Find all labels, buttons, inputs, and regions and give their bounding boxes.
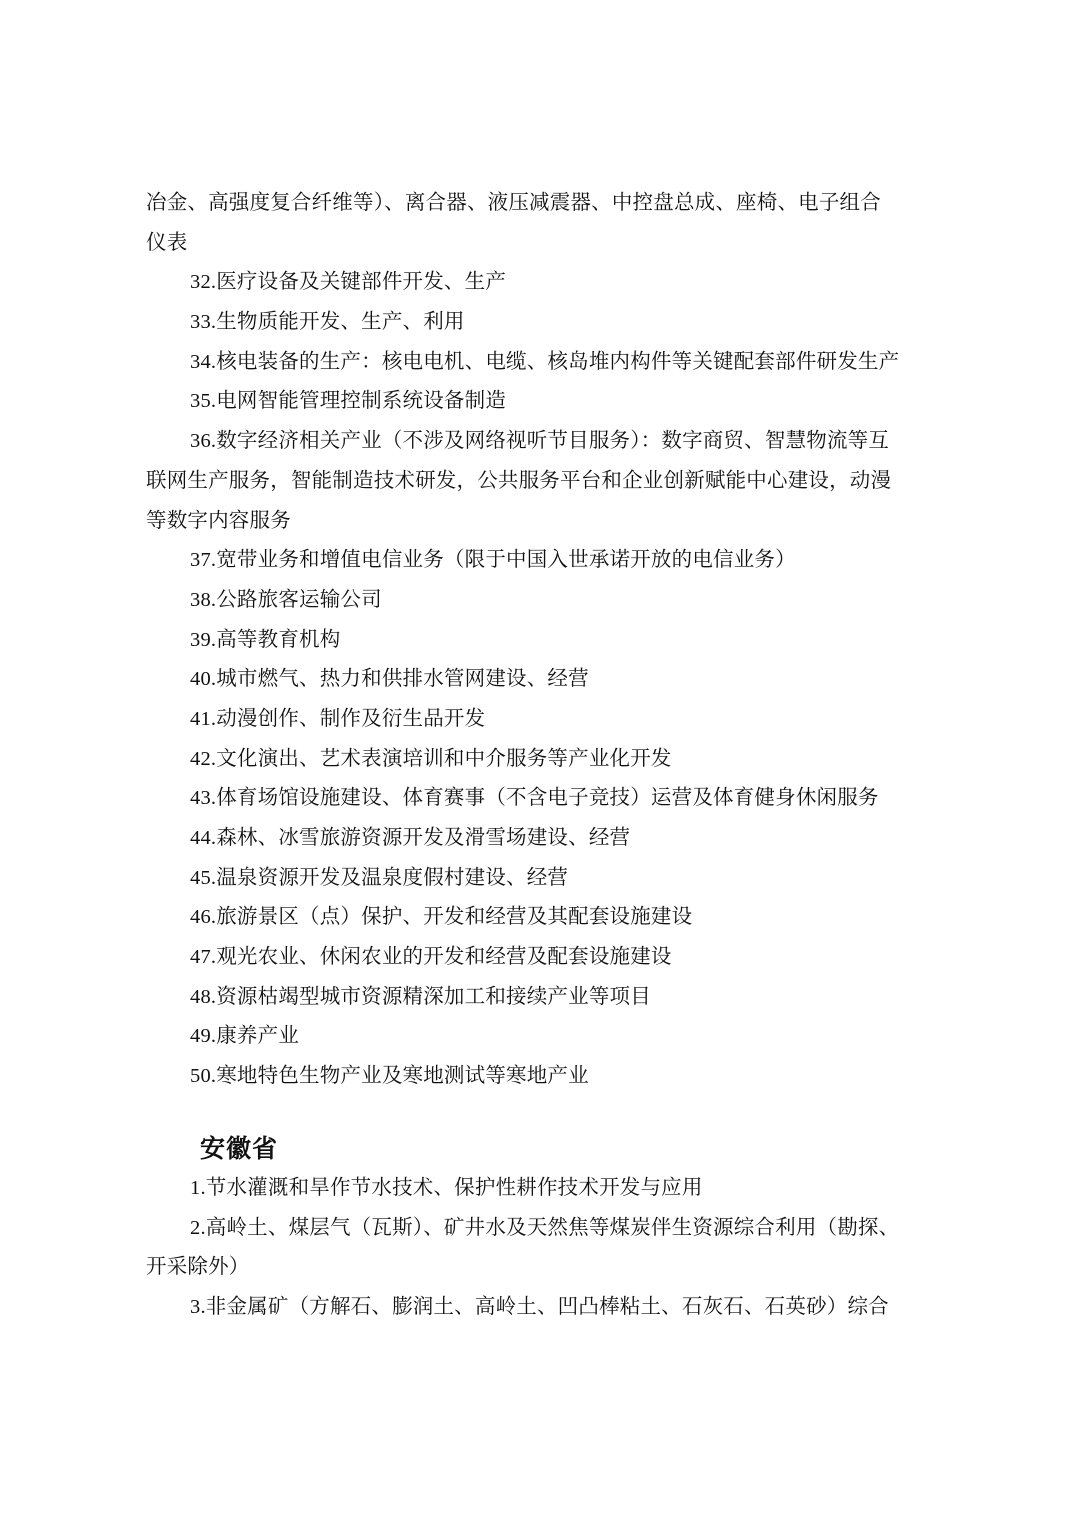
list-item: 42.文化演出、艺术表演培训和中介服务等产业化开发 — [146, 740, 930, 780]
list-item: 47.观光农业、休闲农业的开发和经营及配套设施建设 — [146, 938, 930, 978]
list-item: 45.温泉资源开发及温泉度假村建设、经营 — [146, 859, 930, 899]
list-item: 39.高等教育机构 — [146, 621, 930, 661]
list-item: 1.节水灌溉和旱作节水技术、保护性耕作技术开发与应用 — [146, 1169, 930, 1209]
list-item: 35.电网智能管理控制系统设备制造 — [146, 382, 930, 422]
list-item: 32.医疗设备及关键部件开发、生产 — [146, 263, 930, 303]
list-item: 40.城市燃气、热力和供排水管网建设、经营 — [146, 660, 930, 700]
section-heilongjiang-continued: 冶金、高强度复合纤维等）、离合器、液压减震器、中控盘总成、座椅、电子组合 仪表 … — [146, 184, 930, 1097]
text-line: 联网生产服务，智能制造技术研发，公共服务平台和企业创新赋能中心建设，动漫 — [146, 462, 930, 502]
list-item: 36.数字经济相关产业（不涉及网络视听节目服务）：数字商贸、智慧物流等互 — [146, 422, 930, 462]
list-item: 44.森林、冰雪旅游资源开发及滑雪场建设、经营 — [146, 819, 930, 859]
section-heading: 安徽省 — [146, 1129, 930, 1169]
list-item: 50.寒地特色生物产业及寒地测试等寒地产业 — [146, 1057, 930, 1097]
list-item: 49.康养产业 — [146, 1017, 930, 1057]
text-line: 冶金、高强度复合纤维等）、离合器、液压减震器、中控盘总成、座椅、电子组合 — [146, 184, 930, 224]
list-item: 2.高岭土、煤层气（瓦斯）、矿井水及天然焦等煤炭伴生资源综合利用（勘探、 — [146, 1209, 930, 1249]
document-page: 冶金、高强度复合纤维等）、离合器、液压减震器、中控盘总成、座椅、电子组合 仪表 … — [146, 184, 930, 1328]
list-item: 38.公路旅客运输公司 — [146, 581, 930, 621]
list-item: 41.动漫创作、制作及衍生品开发 — [146, 700, 930, 740]
text-line: 开采除外） — [146, 1248, 930, 1288]
list-item: 46.旅游景区（点）保护、开发和经营及其配套设施建设 — [146, 898, 930, 938]
list-item: 37.宽带业务和增值电信业务（限于中国入世承诺开放的电信业务） — [146, 541, 930, 581]
list-item: 3.非金属矿（方解石、膨润土、高岭土、凹凸棒粘土、石灰石、石英砂）综合 — [146, 1288, 930, 1328]
section-anhui: 安徽省 1.节水灌溉和旱作节水技术、保护性耕作技术开发与应用 2.高岭土、煤层气… — [146, 1129, 930, 1328]
list-item: 48.资源枯竭型城市资源精深加工和接续产业等项目 — [146, 978, 930, 1018]
text-line: 仪表 — [146, 224, 930, 264]
list-item: 33.生物质能开发、生产、利用 — [146, 303, 930, 343]
text-line: 等数字内容服务 — [146, 502, 930, 542]
list-item: 43.体育场馆设施建设、体育赛事（不含电子竞技）运营及体育健身休闲服务 — [146, 779, 930, 819]
list-item: 34.核电装备的生产：核电电机、电缆、核岛堆内构件等关键配套部件研发生产 — [146, 343, 930, 383]
